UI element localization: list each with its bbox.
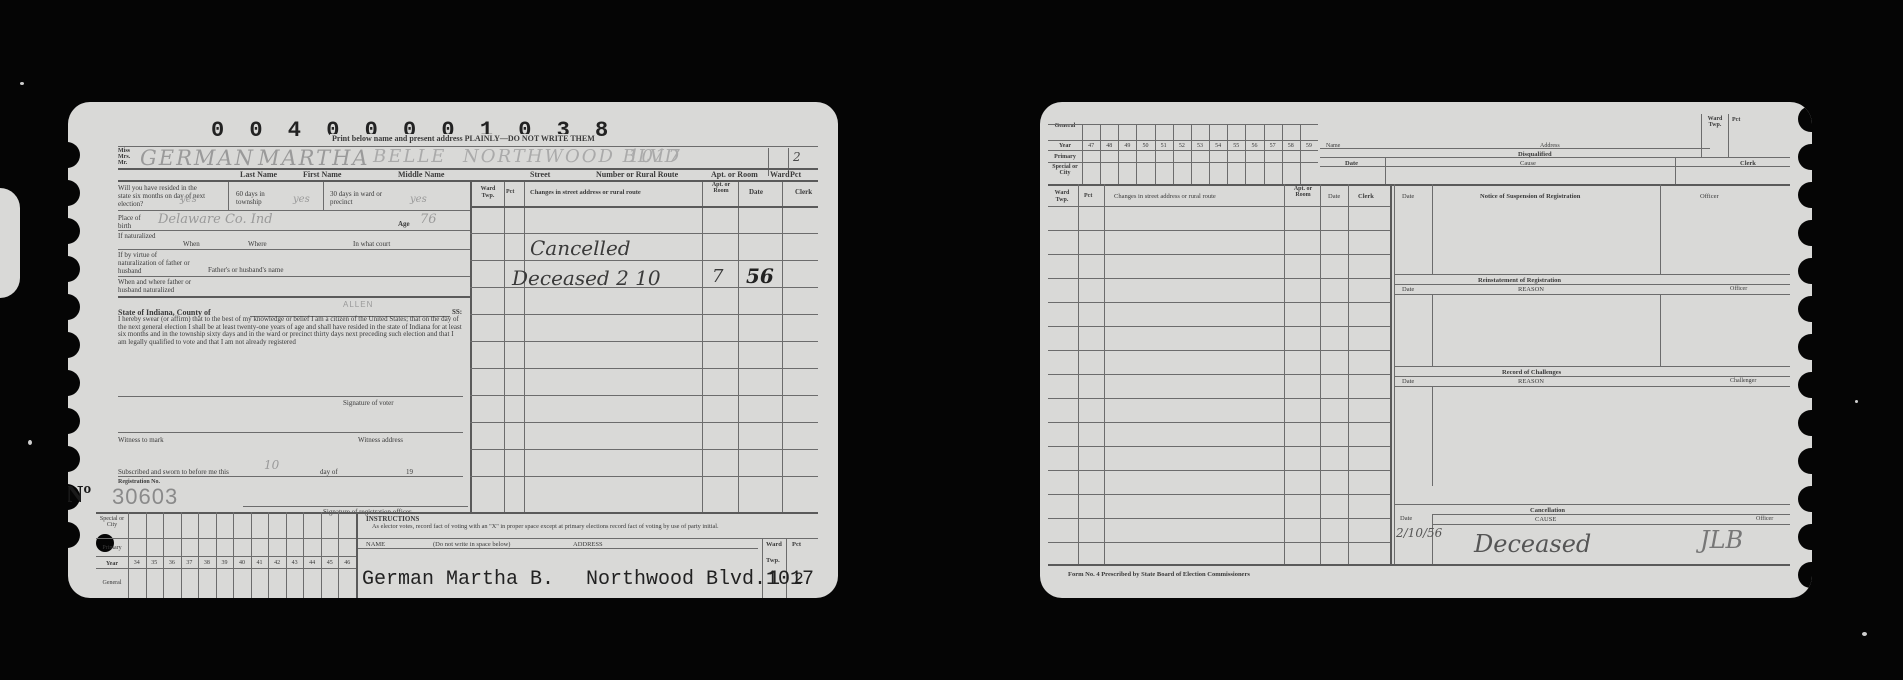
rule bbox=[1048, 446, 1390, 447]
year-label: 50 bbox=[1136, 142, 1154, 151]
rule bbox=[216, 512, 217, 598]
reinstatement-reason-label: REASON bbox=[1518, 285, 1544, 294]
card-edge-notch bbox=[68, 522, 80, 548]
rule bbox=[1048, 422, 1390, 423]
rule bbox=[702, 182, 703, 512]
rule bbox=[118, 276, 470, 277]
middle-name-value: BELLE bbox=[373, 146, 446, 167]
label-when: When bbox=[183, 240, 200, 249]
rule bbox=[1209, 124, 1210, 184]
rule bbox=[268, 512, 269, 598]
rule bbox=[1282, 124, 1283, 184]
rule bbox=[470, 182, 472, 512]
rule bbox=[1048, 162, 1318, 163]
rule bbox=[118, 476, 463, 477]
year-label: 57 bbox=[1264, 142, 1282, 151]
rule bbox=[1264, 124, 1265, 184]
year-label: 46 bbox=[338, 559, 356, 568]
typed-ward: 1 bbox=[768, 568, 780, 591]
rule bbox=[1394, 366, 1790, 367]
rule bbox=[1048, 470, 1390, 471]
back-label-pct: Pct bbox=[1732, 116, 1740, 125]
registration-card-back: General Year Primary Special or City Nam… bbox=[1040, 102, 1812, 598]
year-label: 51 bbox=[1155, 142, 1173, 151]
reinstatement-officer-label: Officer bbox=[1730, 285, 1747, 294]
rule bbox=[118, 210, 470, 211]
typed-name: German Martha B. bbox=[362, 568, 554, 591]
card-edge-notch bbox=[1798, 258, 1812, 284]
card-edge-notch bbox=[1798, 296, 1812, 322]
rule bbox=[96, 556, 356, 557]
card-edge-notch bbox=[1798, 182, 1812, 208]
card-edge-notch bbox=[68, 218, 80, 244]
header-ward-twp: Ward Twp. bbox=[476, 186, 500, 200]
rule bbox=[1320, 157, 1790, 158]
scan-artifact bbox=[0, 188, 20, 298]
year-label: 35 bbox=[146, 559, 164, 568]
label-in-what-court: In what court bbox=[353, 240, 390, 249]
cancellation-date-value: 2/10/56 bbox=[1396, 526, 1442, 540]
rule bbox=[524, 182, 525, 512]
label-father-husband-name: Father's or husband's name bbox=[208, 266, 283, 275]
rule bbox=[118, 230, 470, 231]
rule bbox=[1390, 184, 1392, 564]
suspension-title: Notice of Suspension of Registration bbox=[1480, 192, 1580, 201]
back-header-apt-room: Apt. or Room bbox=[1288, 186, 1318, 198]
cancellation-cause-value: Deceased bbox=[1474, 530, 1591, 558]
rule bbox=[470, 449, 818, 450]
back-label-name: Name bbox=[1326, 142, 1340, 151]
rule bbox=[1432, 294, 1433, 366]
rule bbox=[321, 512, 322, 598]
label-street: Street bbox=[530, 170, 550, 179]
rule bbox=[1191, 124, 1192, 184]
back-row-primary: Primary bbox=[1048, 153, 1082, 162]
rule bbox=[1048, 230, 1390, 231]
back-label-ward-twp: Ward Twp. bbox=[1704, 116, 1726, 128]
rule bbox=[1082, 124, 1083, 184]
rule bbox=[1300, 124, 1301, 184]
rule bbox=[1227, 124, 1228, 184]
registration-number: 30603 bbox=[112, 484, 178, 510]
rule bbox=[1701, 114, 1702, 158]
year-label: 49 bbox=[1118, 142, 1136, 151]
rule bbox=[1394, 274, 1790, 275]
rule bbox=[470, 368, 818, 369]
rule bbox=[470, 206, 818, 208]
rule bbox=[1118, 124, 1119, 184]
registration-card-front: 0 0 4 0 0 0 0 1 0 3 8 Print below name a… bbox=[68, 102, 838, 598]
entry-cancelled: Cancelled bbox=[530, 236, 631, 260]
label-apt-room: Apt. or Room bbox=[711, 170, 758, 179]
back-header-date: Date bbox=[1328, 192, 1340, 201]
rule bbox=[128, 512, 129, 598]
a-ward: yes bbox=[410, 194, 427, 205]
card-edge-notch bbox=[68, 294, 80, 320]
year-label: 41 bbox=[251, 559, 269, 568]
card-edge-notch bbox=[1798, 144, 1812, 170]
year-label: 38 bbox=[198, 559, 216, 568]
rule bbox=[1136, 124, 1137, 184]
card-edge-notch bbox=[1798, 562, 1812, 588]
rule bbox=[356, 512, 358, 598]
rule bbox=[96, 512, 818, 514]
rule bbox=[1432, 184, 1433, 274]
rule bbox=[1048, 350, 1390, 351]
rule bbox=[1320, 166, 1790, 167]
rule bbox=[118, 432, 463, 433]
label-place-of-birth: Place of birth bbox=[118, 214, 148, 230]
rule bbox=[470, 422, 818, 423]
label-witness-address: Witness address bbox=[358, 436, 403, 445]
cancellation-officer-label: Officer bbox=[1756, 515, 1773, 524]
card-edge-notch bbox=[1798, 524, 1812, 550]
rule bbox=[1432, 524, 1790, 525]
rule bbox=[1048, 254, 1390, 255]
rule bbox=[1048, 374, 1390, 375]
year-label: 58 bbox=[1282, 142, 1300, 151]
rule bbox=[1320, 148, 1710, 149]
scan-artifact bbox=[20, 82, 24, 85]
row-primary: Primary bbox=[98, 544, 126, 553]
rule bbox=[1048, 278, 1390, 279]
q-township: 60 days in township bbox=[236, 190, 286, 206]
year-label: 54 bbox=[1209, 142, 1227, 151]
year-label: 59 bbox=[1300, 142, 1318, 151]
card-edge-notch bbox=[1798, 486, 1812, 512]
rule bbox=[96, 568, 356, 569]
rule bbox=[1173, 124, 1174, 184]
suspension-date-label: Date bbox=[1402, 192, 1414, 201]
rule bbox=[118, 396, 463, 397]
header-changes: Changes in street address or rural route bbox=[530, 188, 641, 197]
rule bbox=[1155, 124, 1156, 184]
rule bbox=[251, 512, 252, 598]
year-label: 53 bbox=[1191, 142, 1209, 151]
rule bbox=[1675, 157, 1676, 185]
rule bbox=[768, 148, 769, 176]
entry-deceased: Deceased 2 10 bbox=[512, 266, 661, 290]
year-label: 37 bbox=[181, 559, 199, 568]
back-row-special-city: Special or City bbox=[1048, 164, 1082, 176]
suspension-officer-label: Officer bbox=[1700, 192, 1719, 201]
rule bbox=[146, 512, 147, 598]
rule bbox=[198, 512, 199, 598]
rule bbox=[1048, 124, 1318, 125]
label-last-name: Last Name bbox=[240, 170, 277, 179]
card-edge-notch bbox=[68, 142, 80, 168]
rule bbox=[470, 260, 818, 261]
rule bbox=[1660, 294, 1661, 366]
reinstatement-date-label: Date bbox=[1402, 285, 1414, 294]
back-header-clerk: Clerk bbox=[1358, 192, 1374, 201]
age-value: 76 bbox=[420, 212, 437, 227]
year-label: 42 bbox=[268, 559, 286, 568]
scan-artifact bbox=[1862, 632, 1867, 636]
rule bbox=[470, 341, 818, 342]
rule bbox=[1048, 398, 1390, 399]
label-first-name: First Name bbox=[303, 170, 341, 179]
label-where: Where bbox=[248, 240, 267, 249]
rule bbox=[1432, 514, 1790, 515]
scan-artifact bbox=[1855, 400, 1858, 403]
last-name-value: GERMAN bbox=[140, 146, 255, 170]
back-header-pct: Pct bbox=[1084, 192, 1092, 201]
header-pct: Pct bbox=[506, 188, 514, 197]
back-header-ward-twp: Ward Twp. bbox=[1048, 190, 1076, 204]
year-label: 47 bbox=[1082, 142, 1100, 151]
scan-artifact bbox=[28, 440, 32, 445]
label-age: Age bbox=[398, 220, 410, 229]
label-witness-mark: Witness to mark bbox=[118, 436, 164, 445]
header-apt-room: Apt. or Room bbox=[708, 182, 734, 194]
header-clerk: Clerk bbox=[795, 188, 812, 197]
label-pct: Pct bbox=[790, 170, 801, 179]
rule bbox=[1048, 206, 1390, 207]
rule bbox=[470, 395, 818, 396]
challenges-reason-label: REASON bbox=[1518, 377, 1544, 386]
year-label: 39 bbox=[216, 559, 234, 568]
title-prefix-mr: Mr. bbox=[118, 160, 127, 166]
rule bbox=[1394, 386, 1790, 387]
rule bbox=[1048, 140, 1318, 141]
rule bbox=[118, 296, 470, 298]
card-edge-notch bbox=[68, 180, 80, 206]
year-label: 45 bbox=[321, 559, 339, 568]
rule bbox=[1100, 124, 1101, 184]
card-edge-notch bbox=[68, 256, 80, 282]
place-of-birth-value: Delaware Co. Ind bbox=[158, 212, 273, 227]
rule bbox=[1048, 494, 1390, 495]
card-edge-notch bbox=[1798, 106, 1812, 132]
rule bbox=[1432, 386, 1433, 486]
rule bbox=[1385, 157, 1386, 185]
subscribed-day: 10 bbox=[264, 458, 279, 472]
rule bbox=[303, 512, 304, 598]
rule bbox=[233, 512, 234, 598]
row-general: General bbox=[98, 579, 126, 588]
label-twp-bottom: Twp. bbox=[766, 556, 780, 565]
row-special-city: Special or City bbox=[98, 516, 126, 528]
year-label: 36 bbox=[163, 559, 181, 568]
rule bbox=[1048, 184, 1790, 186]
entry-apt-value: 7 bbox=[712, 266, 723, 287]
label-naturalized: If naturalized bbox=[118, 232, 158, 240]
rule bbox=[1660, 184, 1661, 274]
number-value: 1017 bbox=[628, 146, 682, 167]
card-edge-notch bbox=[1798, 448, 1812, 474]
rule bbox=[470, 314, 818, 315]
header-date: Date bbox=[749, 188, 763, 197]
rule bbox=[1048, 542, 1390, 543]
rule bbox=[1048, 564, 1790, 566]
rule bbox=[243, 506, 468, 507]
rule bbox=[358, 538, 818, 539]
year-label: 40 bbox=[233, 559, 251, 568]
rule bbox=[1394, 184, 1395, 564]
rule bbox=[470, 476, 818, 477]
label-pct-bottom: Pct bbox=[792, 540, 801, 549]
oath-text: I hereby swear (or affirm) that to the b… bbox=[118, 316, 463, 346]
rule bbox=[338, 512, 339, 598]
form-note: Form No. 4 Prescribed by State Board of … bbox=[1068, 570, 1250, 579]
rule bbox=[1048, 326, 1390, 327]
rule bbox=[1394, 504, 1790, 505]
cancellation-officer-value: JLB bbox=[1700, 526, 1743, 554]
card-edge-notch bbox=[68, 370, 80, 396]
entry-date-value: 56 bbox=[746, 264, 774, 288]
year-label: 34 bbox=[128, 559, 146, 568]
card-edge-notch bbox=[68, 446, 80, 472]
rule bbox=[1245, 124, 1246, 184]
instructions-text: As elector votes, record fact of voting … bbox=[372, 523, 792, 530]
print-instruction: Print below name and present address PLA… bbox=[330, 134, 597, 143]
rule bbox=[1048, 302, 1390, 303]
rule bbox=[1728, 114, 1729, 158]
label-number: Number or Rural Route bbox=[596, 170, 678, 179]
year-label: 43 bbox=[286, 559, 304, 568]
rule bbox=[181, 512, 182, 598]
rule bbox=[1394, 294, 1790, 295]
q-ward: 30 days in ward or precinct bbox=[330, 190, 400, 206]
pct-value: 2 bbox=[793, 150, 801, 164]
label-ward: Ward bbox=[770, 170, 790, 179]
year-label: 44 bbox=[303, 559, 321, 568]
rule bbox=[358, 548, 758, 549]
rule bbox=[228, 182, 229, 210]
rule bbox=[96, 538, 356, 539]
rule bbox=[286, 512, 287, 598]
label-father-naturalized: When and where father or husband natural… bbox=[118, 278, 213, 294]
year-label: 52 bbox=[1173, 142, 1191, 151]
card-edge-notch bbox=[1798, 334, 1812, 360]
card-edge-notch bbox=[68, 408, 80, 434]
typed-pct: 2 bbox=[794, 570, 804, 588]
rule bbox=[323, 182, 324, 210]
rule bbox=[470, 233, 818, 234]
rule bbox=[1048, 518, 1390, 519]
card-edge-notch bbox=[1798, 220, 1812, 246]
label-ward-bottom: Ward bbox=[766, 540, 782, 549]
label-middle-name: Middle Name bbox=[398, 170, 444, 179]
county-value: ALLEN bbox=[343, 300, 373, 309]
label-signature-voter: Signature of voter bbox=[343, 399, 394, 408]
label-father-husband: If by virtue of naturalization of father… bbox=[118, 251, 193, 275]
challenges-challenger-label: Challenger bbox=[1730, 377, 1756, 386]
cancellation-cause-label: CAUSE bbox=[1535, 515, 1556, 524]
year-label: 56 bbox=[1245, 142, 1263, 151]
first-name-value: MARTHA bbox=[258, 146, 370, 170]
cancellation-date-label: Date bbox=[1400, 514, 1412, 523]
rule bbox=[504, 182, 505, 512]
card-edge-notch bbox=[1798, 372, 1812, 398]
rule bbox=[118, 249, 470, 250]
back-header-changes: Changes in street address or rural route bbox=[1114, 192, 1216, 201]
year-label: 55 bbox=[1227, 142, 1245, 151]
rule bbox=[782, 182, 783, 512]
card-edge-notch bbox=[68, 332, 80, 358]
year-label: 48 bbox=[1100, 142, 1118, 151]
rule bbox=[163, 512, 164, 598]
number-symbol: Nº bbox=[68, 482, 91, 509]
rule bbox=[738, 182, 739, 512]
a-township: yes bbox=[293, 194, 310, 205]
a-state-residence: yes bbox=[180, 194, 197, 205]
card-edge-notch bbox=[1798, 410, 1812, 436]
challenges-date-label: Date bbox=[1402, 377, 1414, 386]
